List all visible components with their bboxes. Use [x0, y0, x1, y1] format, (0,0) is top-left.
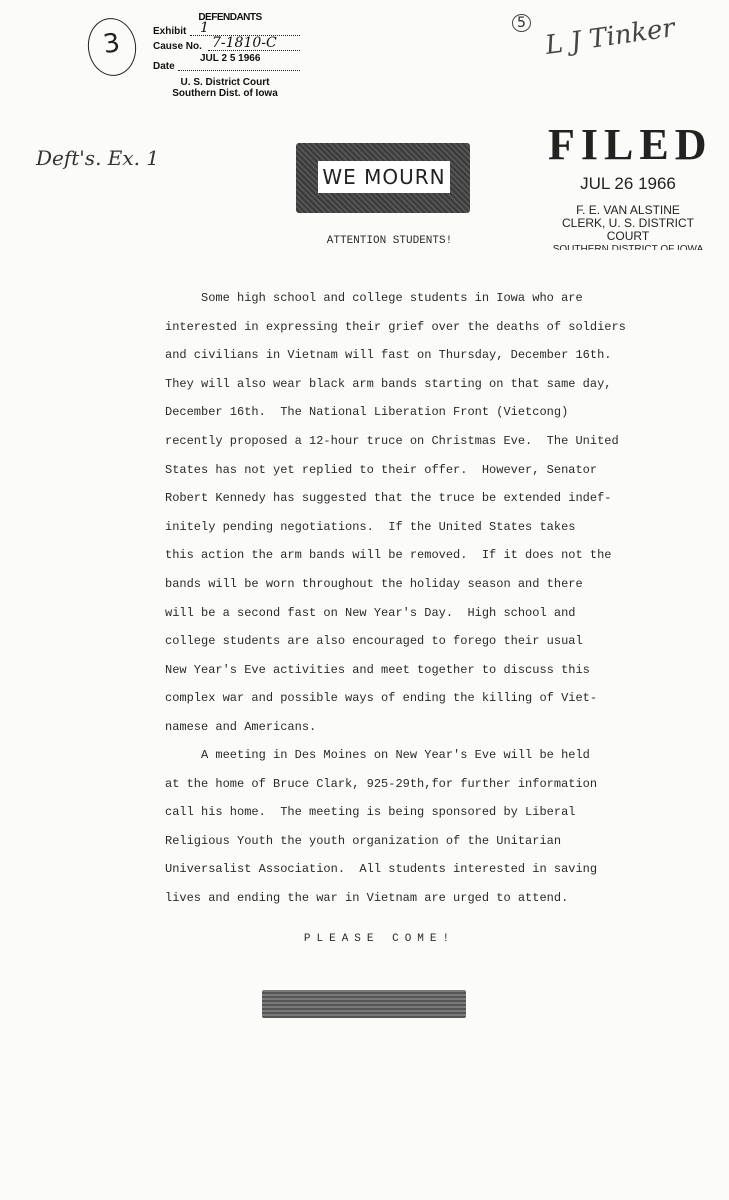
- headline: ATTENTION STUDENTS!: [0, 235, 729, 247]
- text-line: A meeting in Des Moines on New Year's Ev…: [165, 741, 635, 770]
- we-mourn-banner: WE MOURN: [296, 143, 470, 213]
- text-line: college students are also encouraged to …: [165, 627, 635, 656]
- cause-row: Cause No. 7-1810-C: [150, 38, 300, 53]
- date-line: [178, 70, 300, 71]
- text-line: interested in expressing their grief ove…: [165, 313, 635, 342]
- handwritten-exhibit-note: Deft's. Ex. 1: [36, 146, 159, 170]
- date-row: JUL 2 5 1966 Date: [150, 53, 300, 73]
- text-line: New Year's Eve activities and meet toget…: [165, 656, 635, 685]
- handwritten-signature: L J Tinker: [544, 13, 677, 61]
- exhibit-stamp: DEFENDANTS Exhibit 1 Cause No. 7-1810-C …: [150, 12, 300, 99]
- text-line: this action the arm bands will be remove…: [165, 541, 635, 570]
- text-line: namese and Americans.: [165, 713, 635, 742]
- text-line: and civilians in Vietnam will fast on Th…: [165, 341, 635, 370]
- handwritten-corner-number: 5: [512, 14, 531, 32]
- text-line: They will also wear black arm bands star…: [165, 370, 635, 399]
- banner-text: WE MOURN: [318, 161, 450, 193]
- filed-word: FILED: [548, 122, 708, 168]
- cause-value: 7-1810-C: [212, 35, 277, 51]
- text-line: initely pending negotiations. If the Uni…: [165, 513, 635, 542]
- stamp-title: DEFENDANTS: [160, 12, 300, 23]
- text-line: call his home. The meeting is being spon…: [165, 798, 635, 827]
- text-line: recently proposed a 12-hour truce on Chr…: [165, 427, 635, 456]
- exhibit-value: 1: [200, 20, 209, 36]
- cause-label: Cause No.: [153, 41, 202, 52]
- paragraph-2: A meeting in Des Moines on New Year's Ev…: [165, 741, 635, 913]
- text-line: lives and ending the war in Vietnam are …: [165, 884, 635, 913]
- text-line: Universalist Association. All students i…: [165, 855, 635, 884]
- text-line: will be a second fast on New Year's Day.…: [165, 599, 635, 628]
- text-line: complex war and possible ways of ending …: [165, 684, 635, 713]
- date-stamp: JUL 2 5 1966: [200, 53, 260, 64]
- text-line: bands will be worn throughout the holida…: [165, 570, 635, 599]
- text-line: Robert Kennedy has suggested that the tr…: [165, 484, 635, 513]
- text-line: States has not yet replied to their offe…: [165, 456, 635, 485]
- exhibit-label: Exhibit: [153, 26, 186, 37]
- text-line: Religious Youth the youth organization o…: [165, 827, 635, 856]
- black-band-bar: [262, 990, 466, 1018]
- exhibit-number: 3: [87, 26, 137, 62]
- date-label: Date: [153, 61, 175, 72]
- exhibit-number-circle: 3: [84, 15, 140, 79]
- paragraph-1: Some high school and college students in…: [165, 284, 635, 742]
- court-name: U. S. District Court Southern Dist. of I…: [150, 77, 300, 99]
- text-line: at the home of Bruce Clark, 925-29th,for…: [165, 770, 635, 799]
- text-line: Some high school and college students in…: [165, 284, 635, 313]
- text-line: December 16th. The National Liberation F…: [165, 398, 635, 427]
- closing-line: PLEASE COME!: [0, 933, 729, 945]
- filed-stamp: FILED JUL 26 1966 F. E. VAN ALSTINE CLER…: [548, 122, 708, 250]
- filed-date: JUL 26 1966: [548, 174, 708, 194]
